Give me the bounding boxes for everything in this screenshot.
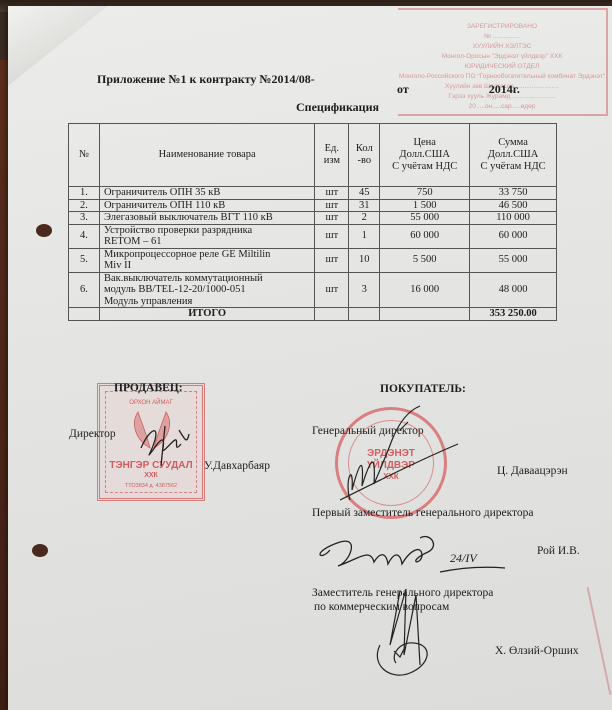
document-date: от2014г. — [397, 82, 520, 97]
item-price: 55 000 — [380, 212, 470, 225]
row-number: 1. — [69, 187, 100, 200]
total-empty — [349, 308, 380, 321]
total-value: 353 250.00 — [470, 308, 557, 321]
stamp-company-type: ХХК — [100, 472, 202, 479]
buyer-name-1: Ц. Даваацэрэн — [497, 465, 568, 477]
stamp-line: ХУУЛИЙН ХЭЛТЭС — [398, 42, 606, 52]
item-sum: 55 000 — [470, 248, 557, 272]
stamp-edge-mark — [587, 587, 612, 695]
item-name: Устройство проверки разрядникаRETOM – 61 — [99, 224, 314, 248]
buyer-name-3: Х. Өлзий-Орших — [495, 645, 579, 657]
table-row: 5.Микропроцессорное реле GE MiltilinMiv … — [69, 248, 557, 272]
item-sum: 48 000 — [470, 272, 557, 308]
item-price: 60 000 — [380, 224, 470, 248]
row-number: 5. — [69, 248, 100, 272]
header-qty: Кол-во — [349, 124, 380, 187]
buyer-role-2: Первый заместитель генерального директор… — [312, 507, 534, 519]
table-row: 1.Ограничитель ОПН 35 кВшт4575033 750 — [69, 187, 557, 200]
row-number: 3. — [69, 212, 100, 225]
item-sum: 46 500 — [470, 199, 557, 212]
specification-table: № Наименование товара Ед.изм Кол-во Цена… — [68, 123, 557, 321]
stamp-line: № ............... — [398, 32, 606, 42]
header-name: Наименование товара — [99, 124, 314, 187]
seller-name: У.Давхарбаяр — [204, 460, 270, 472]
stamp-line: ЗАРЕГИСТРИРОВАНО — [398, 22, 606, 32]
item-sum: 110 000 — [470, 212, 557, 225]
total-empty — [69, 308, 100, 321]
document-title: Приложение №1 к контракту №2014/08- — [97, 72, 315, 87]
buyer-name-2: Рой И.В. — [537, 545, 580, 557]
total-label: ИТОГО — [99, 308, 314, 321]
row-number: 4. — [69, 224, 100, 248]
total-empty — [315, 308, 349, 321]
stamp-line: Монгол-Оросын "Эрдэнэт үйлдвэр" ХХК — [398, 52, 606, 62]
punch-hole — [32, 544, 48, 557]
item-qty: 31 — [349, 199, 380, 212]
seller-signature — [135, 420, 195, 470]
item-name: Вак.выключатель коммутационныймодуль BB/… — [99, 272, 314, 308]
buyer-heading: ПОКУПАТЕЛЬ: — [380, 383, 466, 395]
item-name: Элегазовый выключатель ВГТ 110 кВ — [99, 212, 314, 225]
row-number: 2. — [69, 199, 100, 212]
stamp-line: Монголо-Российского ПО "Горнообогатитель… — [398, 72, 606, 82]
buyer-signature-2: 24/IV — [310, 522, 510, 582]
signature-date-note: 24/IV — [450, 551, 478, 565]
item-qty: 1 — [349, 224, 380, 248]
punch-hole — [36, 224, 52, 237]
item-qty: 2 — [349, 212, 380, 225]
seller-role: Директор — [69, 428, 116, 440]
item-name: Микропроцессорное реле GE MiltilinMiv II — [99, 248, 314, 272]
item-unit: шт — [315, 199, 349, 212]
table-row: 4.Устройство проверки разрядникаRETOM – … — [69, 224, 557, 248]
header-unit: Ед.изм — [315, 124, 349, 187]
buyer-signature-1 — [340, 400, 460, 510]
item-price: 1 500 — [380, 199, 470, 212]
specification-heading: Спецификация — [296, 100, 379, 115]
date-prefix: от — [397, 82, 409, 96]
buyer-signature-3 — [370, 585, 440, 685]
item-unit: шт — [315, 187, 349, 200]
stamp-line: 20.....он.....сар.....өдөр — [398, 102, 606, 112]
item-qty: 10 — [349, 248, 380, 272]
item-unit: шт — [315, 272, 349, 308]
item-qty: 3 — [349, 272, 380, 308]
item-unit: шт — [315, 212, 349, 225]
total-row: ИТОГО353 250.00 — [69, 308, 557, 321]
header-sum: СуммаДолл.СШАС учётам НДС — [470, 124, 557, 187]
table-row: 2.Ограничитель ОПН 110 кВшт311 50046 500 — [69, 199, 557, 212]
seller-heading: ПРОДАВЕЦ: — [114, 382, 183, 394]
item-sum: 33 750 — [470, 187, 557, 200]
stamp-region: ОРХОН АЙМАГ — [100, 400, 202, 406]
item-price: 16 000 — [380, 272, 470, 308]
date-year: 2014г. — [489, 82, 520, 96]
table-row: 3.Элегазовый выключатель ВГТ 110 кВшт255… — [69, 212, 557, 225]
item-price: 5 500 — [380, 248, 470, 272]
item-sum: 60 000 — [470, 224, 557, 248]
table-header-row: № Наименование товара Ед.изм Кол-во Цена… — [69, 124, 557, 187]
item-unit: шт — [315, 248, 349, 272]
page-fold — [8, 6, 108, 86]
item-name: Ограничитель ОПН 35 кВ — [99, 187, 314, 200]
stamp-registration: ТТО3834 д. 4387562 — [100, 483, 202, 489]
item-price: 750 — [380, 187, 470, 200]
item-name: Ограничитель ОПН 110 кВ — [99, 199, 314, 212]
registration-stamp: ЗАРЕГИСТРИРОВАНО№ ...............ХУУЛИЙН… — [398, 8, 608, 116]
header-price: ЦенаДолл.СШАС учётам НДС — [380, 124, 470, 187]
item-qty: 45 — [349, 187, 380, 200]
stamp-line: ЮРИДИЧЕСКИЙ ОТДЕЛ — [398, 62, 606, 72]
row-number: 6. — [69, 272, 100, 308]
total-empty — [380, 308, 470, 321]
item-unit: шт — [315, 224, 349, 248]
table-row: 6.Вак.выключатель коммутационныймодуль B… — [69, 272, 557, 308]
header-no: № — [69, 124, 100, 187]
